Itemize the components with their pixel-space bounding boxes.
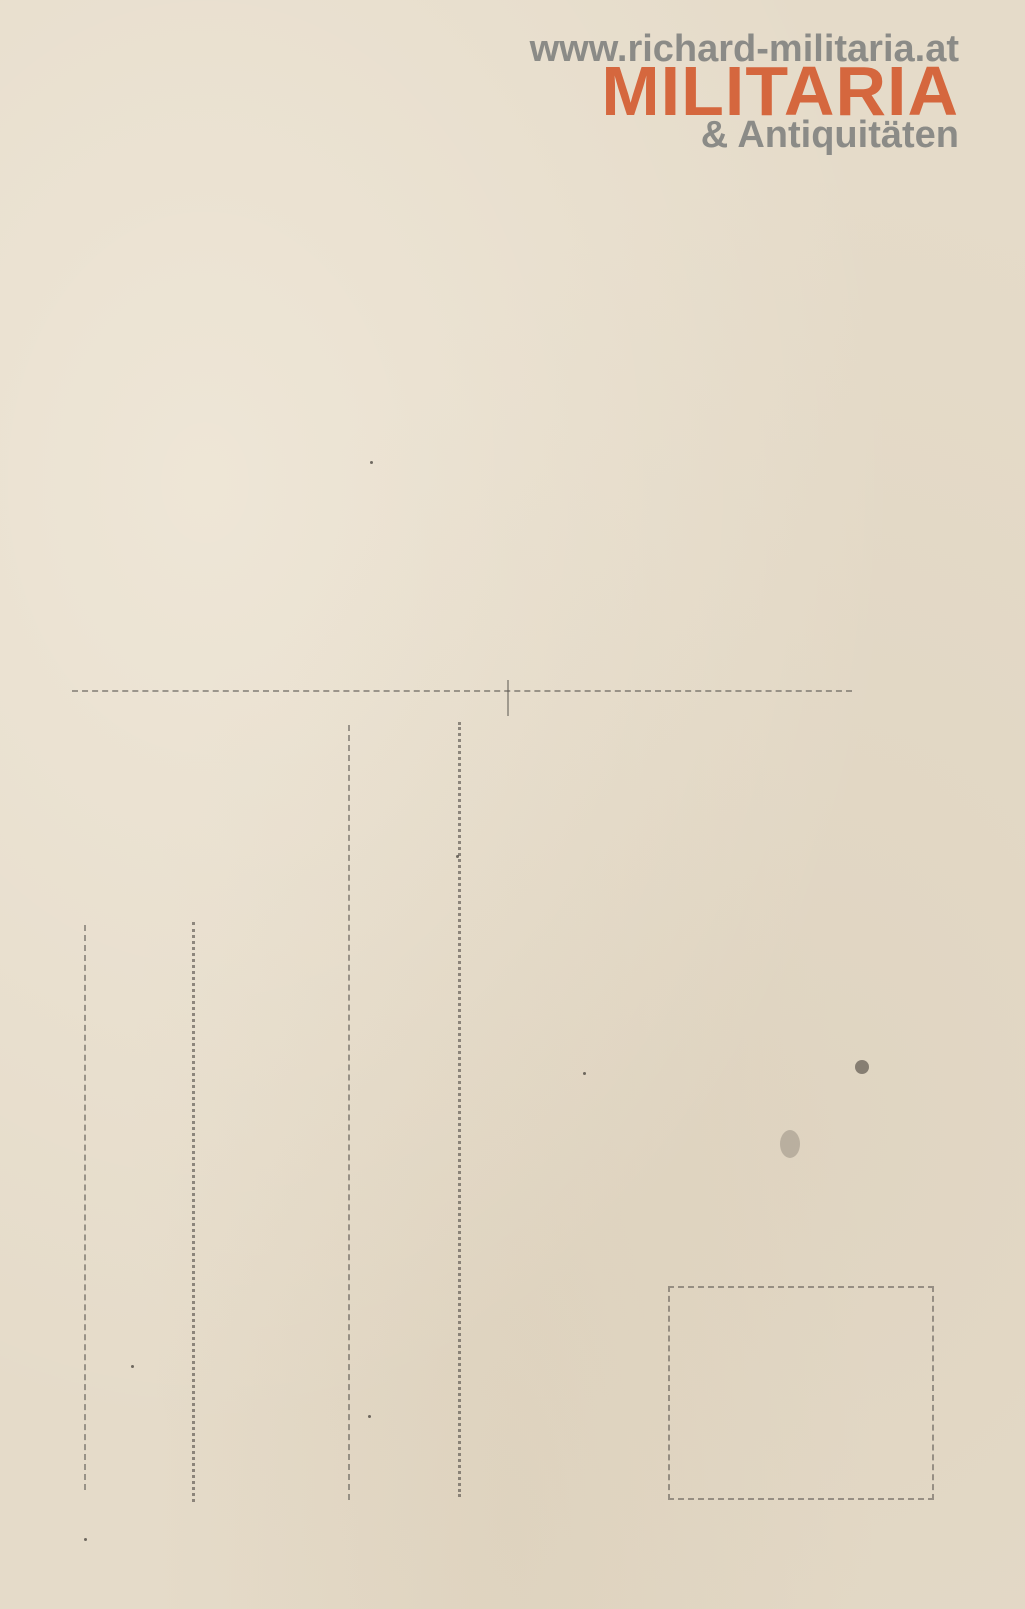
speck (456, 855, 459, 858)
center-tick-mark (507, 680, 509, 716)
speck (583, 1072, 586, 1075)
address-line-2 (192, 922, 195, 1502)
speck (131, 1365, 134, 1368)
horizontal-divider-line (72, 690, 852, 692)
ink-smudge (780, 1130, 800, 1158)
speck (370, 461, 373, 464)
ink-smudge (855, 1060, 869, 1074)
speck (84, 1538, 87, 1541)
speck (368, 1415, 371, 1418)
watermark: www.richard-militaria.at MILITARIA & Ant… (530, 30, 959, 154)
watermark-subtitle: & Antiquitäten (530, 116, 959, 154)
stamp-box (668, 1286, 934, 1500)
address-line-3 (348, 725, 350, 1500)
address-line-1 (84, 925, 86, 1490)
address-line-4 (458, 722, 461, 1497)
